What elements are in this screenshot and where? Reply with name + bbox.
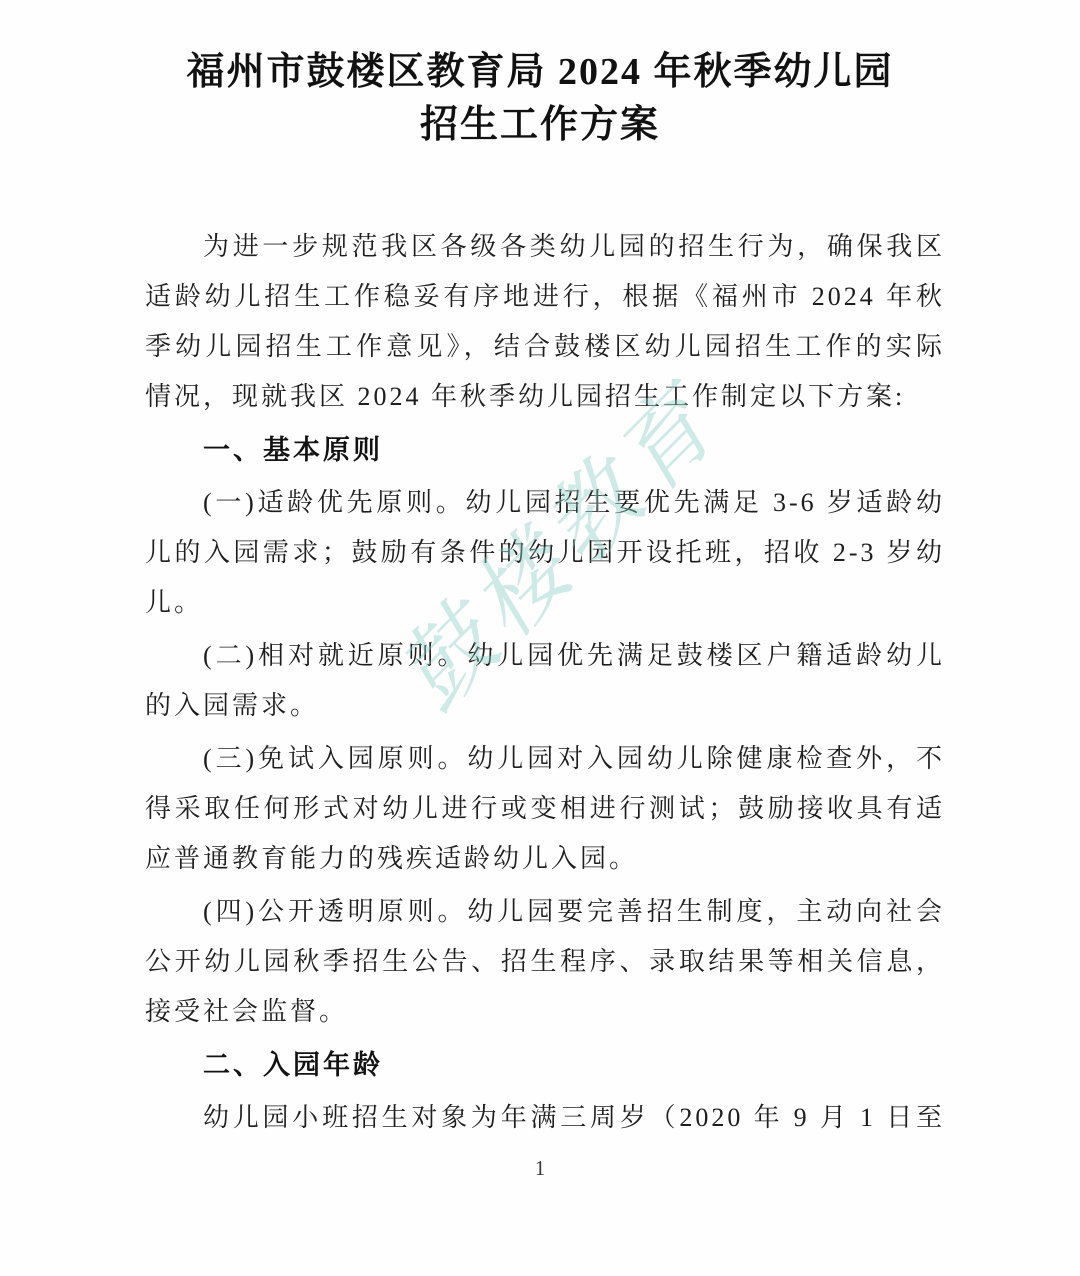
body-line: 应普通教育能力的残疾适龄幼儿入园。 xyxy=(145,834,945,884)
body-line: (四)公开透明原则。幼儿园要完善招生制度，主动向社会 xyxy=(145,887,945,937)
body-line: 季幼儿园招生工作意见》，结合鼓楼区幼儿园招生工作的实际 xyxy=(145,322,945,372)
body-line: (一)适龄优先原则。幼儿园招生要优先满足 3-6 岁适龄幼 xyxy=(145,478,945,528)
body-line: 幼儿园小班招生对象为年满三周岁（2020 年 9 月 1 日至 xyxy=(145,1093,945,1143)
body-line: 得采取任何形式对幼儿进行或变相进行测试；鼓励接收具有适 xyxy=(145,784,945,834)
title-line-1: 福州市鼓楼区教育局 2024 年秋季幼儿园 xyxy=(0,46,1080,99)
document-title: 福州市鼓楼区教育局 2024 年秋季幼儿园 招生工作方案 xyxy=(0,0,1080,152)
section-heading-basic-principles: 一、基本原则 xyxy=(145,425,945,475)
body-line: (三)免试入园原则。幼儿园对入园幼儿除健康检查外，不 xyxy=(145,734,945,784)
body-line: 公开幼儿园秋季招生公告、招生程序、录取结果等相关信息， xyxy=(145,937,945,987)
body-line: 的入园需求。 xyxy=(145,681,945,731)
page-number: 1 xyxy=(0,1156,1080,1181)
body-line: 情况，现就我区 2024 年秋季幼儿园招生工作制定以下方案: xyxy=(145,372,945,422)
body-line: 儿的入园需求；鼓励有条件的幼儿园开设托班，招收 2-3 岁幼 xyxy=(145,528,945,578)
body-line: 儿。 xyxy=(145,578,945,628)
document-body: 为进一步规范我区各级各类幼儿园的招生行为，确保我区 适龄幼儿招生工作稳妥有序地进… xyxy=(145,222,945,1143)
body-line: (二)相对就近原则。幼儿园优先满足鼓楼区户籍适龄幼儿 xyxy=(145,631,945,681)
body-line: 适龄幼儿招生工作稳妥有序地进行，根据《福州市 2024 年秋 xyxy=(145,272,945,322)
title-line-2: 招生工作方案 xyxy=(0,99,1080,152)
section-heading-admission-age: 二、入园年龄 xyxy=(145,1040,945,1090)
body-line: 为进一步规范我区各级各类幼儿园的招生行为，确保我区 xyxy=(145,222,945,272)
document-page: 福州市鼓楼区教育局 2024 年秋季幼儿园 招生工作方案 为进一步规范我区各级各… xyxy=(0,0,1080,1276)
body-line: 接受社会监督。 xyxy=(145,987,945,1037)
